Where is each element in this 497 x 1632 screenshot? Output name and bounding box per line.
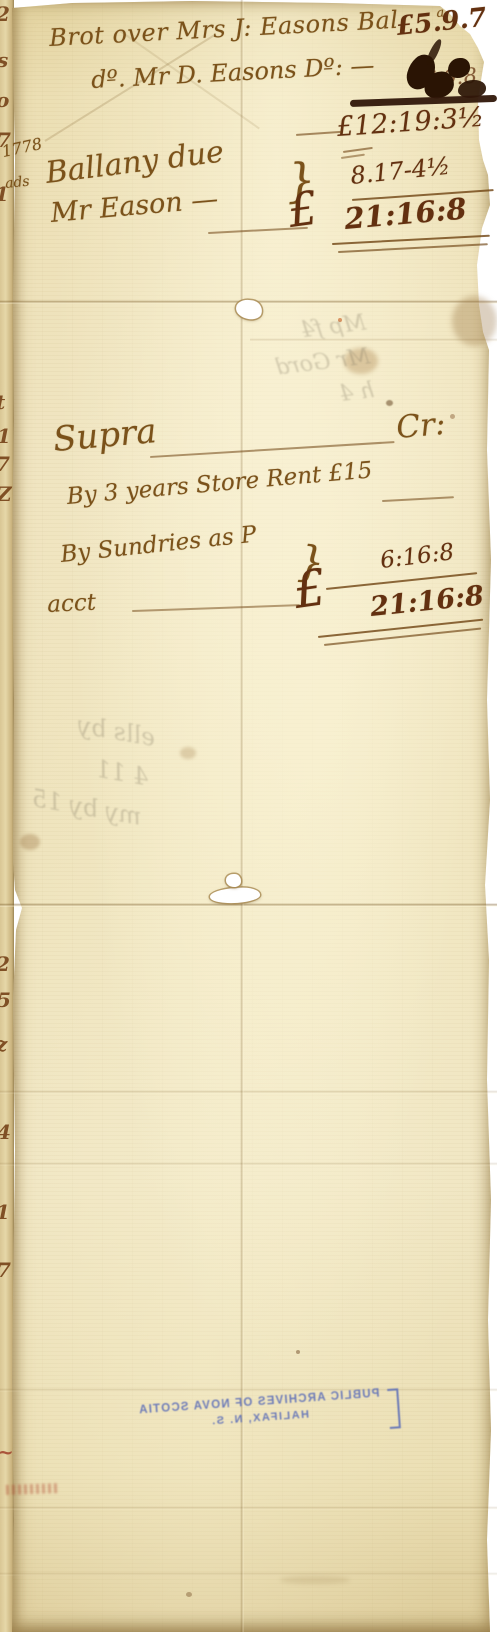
edge-ink-fragment: 2 [0, 2, 10, 26]
stain [450, 414, 455, 419]
stain [180, 747, 196, 759]
edge-ink-fragment: o [0, 88, 9, 112]
fold-crease [0, 1162, 497, 1166]
stain [20, 834, 40, 850]
stain [386, 400, 393, 406]
bleed-through-writing-lower: ells by 4 11 my by 15 [28, 699, 158, 836]
edge-ink-fragment: 1 [0, 1200, 10, 1224]
stain [186, 1592, 192, 1597]
edge-ink-fragment: s [0, 48, 8, 72]
stain [296, 1350, 300, 1354]
fold-crease [0, 1090, 497, 1094]
scanned-manuscript-page: 2 s o 7 1 t 1 7 Z 2 5 z 4 1 7 ~ Mp f4 Mr… [0, 0, 497, 1632]
edge-ink-fragment: ~ [0, 1440, 14, 1464]
torn-edge-shadow [452, 296, 497, 346]
edge-ink-fragment: 7 [0, 452, 10, 476]
edge-ink-fragment: Z [0, 482, 12, 506]
paper-hole [226, 874, 241, 887]
edge-ink-fragment: 2 [0, 952, 10, 976]
fold-crease [0, 903, 497, 907]
edge-ink-fragment: 4 [0, 1120, 11, 1144]
edge-ink-fragment: 7 [0, 1258, 11, 1282]
bleed-through-writing-upper: Mp f4 Mr Gord h 4 [269, 307, 376, 420]
cr-label: Cr: [395, 406, 447, 446]
fold-crease [0, 1572, 497, 1576]
edge-ink-fragment: t [0, 390, 5, 414]
stain [280, 1576, 350, 1584]
edge-ink-fragment: z [0, 1032, 7, 1056]
edge-ink-fragment: 1 [0, 424, 11, 448]
fold-crease [0, 1388, 497, 1392]
margin-abbrev: ads [4, 174, 30, 192]
fold-crease [0, 1506, 497, 1510]
sundries-entry-cont: acct [47, 589, 97, 618]
center-fold-crease [240, 0, 244, 1632]
edge-ink-fragment: 5 [0, 988, 11, 1012]
red-offset-mark [6, 1483, 60, 1495]
